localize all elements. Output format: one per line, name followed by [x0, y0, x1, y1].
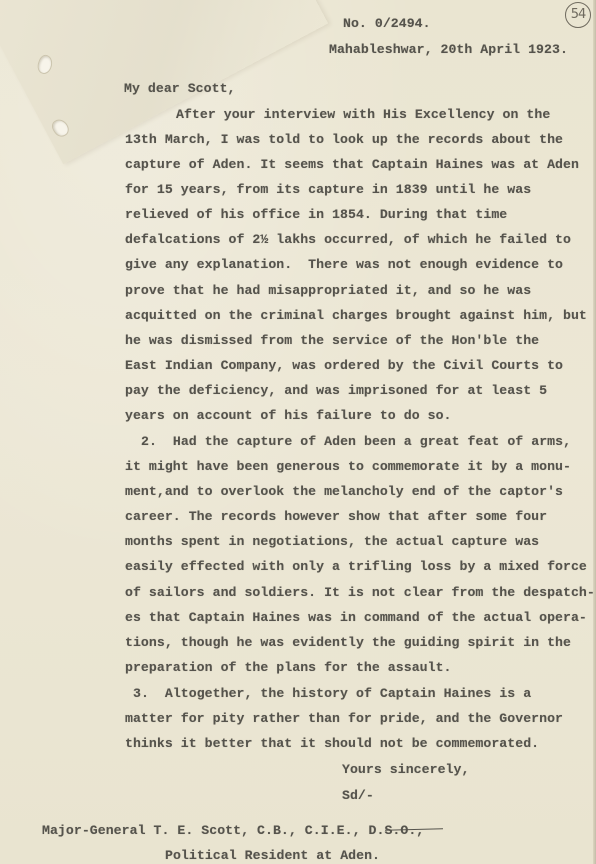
place-date: Mahableshwar, 20th April 1923. — [329, 42, 568, 58]
body-line: it might have been generous to commemora… — [125, 459, 571, 475]
paragraph-3-line: 3. Altogether, the history of Captain Ha… — [133, 686, 531, 702]
body-line: relieved of his office in 1854. During t… — [125, 207, 507, 223]
body-line: East Indian Company, was ordered by the … — [125, 358, 563, 374]
body-line: give any explanation. There was not enou… — [125, 257, 563, 273]
addressee-title: Political Resident at Aden. — [165, 848, 380, 864]
body-line: tions, though he was evidently the guidi… — [125, 635, 571, 651]
closing: Yours sincerely, — [342, 762, 469, 778]
body-line: defalcations of 2½ lakhs occurred, of wh… — [125, 232, 571, 248]
body-line: thinks it better that it should not be c… — [125, 736, 539, 752]
reference-number: No. 0/2494. — [343, 16, 431, 32]
signature-mark: Sd/- — [342, 788, 374, 804]
body-line: years on account of his failure to do so… — [125, 408, 452, 424]
body-line: prove that he had misappropriated it, an… — [125, 283, 531, 299]
body-line: he was dismissed from the service of the… — [125, 333, 539, 349]
body-line: acquitted on the criminal charges brough… — [125, 308, 587, 324]
body-line: capture of Aden. It seems that Captain H… — [125, 157, 579, 173]
body-line: After your interview with His Excellency… — [176, 107, 550, 123]
body-line: matter for pity rather than for pride, a… — [125, 711, 563, 727]
body-line: ment,and to overlook the melancholy end … — [125, 484, 563, 500]
body-line: months spent in negotiations, the actual… — [125, 534, 539, 550]
body-line: easily effected with only a trifling los… — [125, 559, 587, 575]
addressee-name: Major-General T. E. Scott, C.B., C.I.E.,… — [42, 823, 424, 839]
letter-paper: 54 No. 0/2494. Mahableshwar, 20th April … — [0, 0, 596, 864]
body-line: career. The records however show that af… — [125, 509, 547, 525]
salutation: My dear Scott, — [124, 81, 236, 97]
archive-page-number: 54 — [565, 2, 591, 28]
body-line: pay the deficiency, and was imprisoned f… — [125, 383, 547, 399]
body-line: es that Captain Haines was in command of… — [125, 610, 587, 626]
body-line: for 15 years, from its capture in 1839 u… — [125, 182, 531, 198]
paragraph-2-line: 2. Had the capture of Aden been a great … — [141, 434, 571, 450]
body-line: preparation of the plans for the assault… — [125, 660, 452, 676]
body-line: of sailors and soldiers. It is not clear… — [125, 585, 595, 601]
body-line: 13th March, I was told to look up the re… — [125, 132, 563, 148]
